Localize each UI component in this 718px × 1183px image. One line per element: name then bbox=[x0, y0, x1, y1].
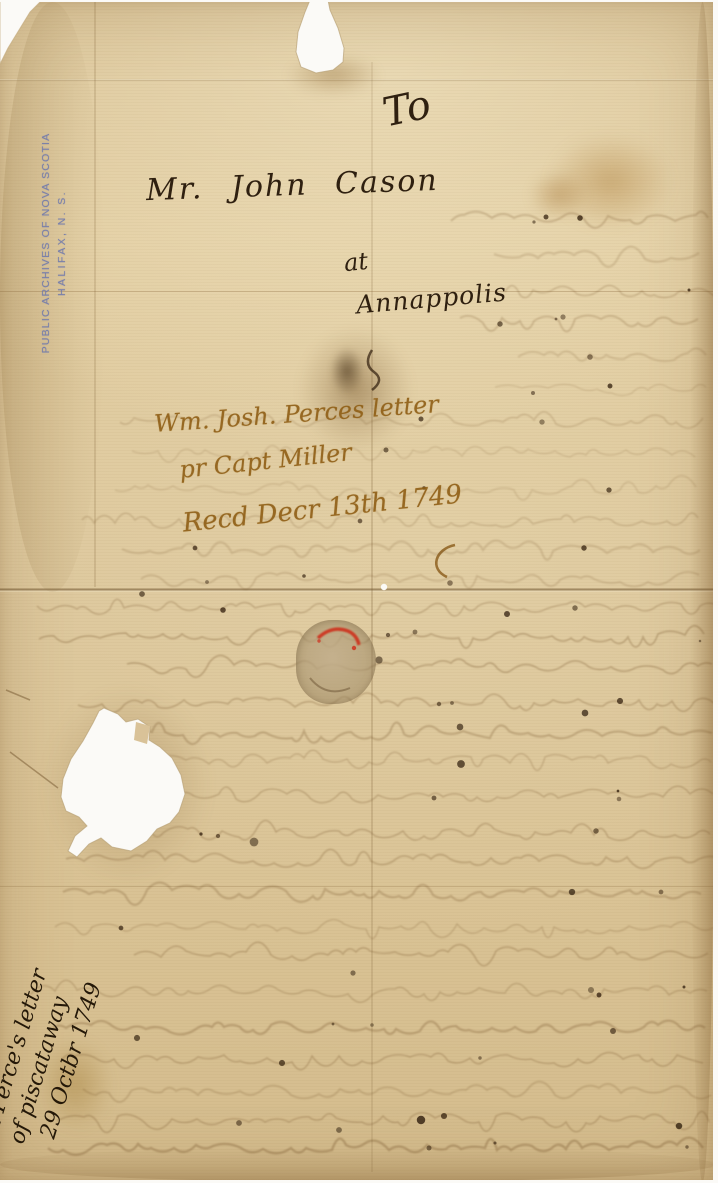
paper-damage-layer bbox=[0, 0, 718, 1183]
torn-hole-top-center bbox=[296, 0, 344, 73]
document-scan: PUBLIC ARCHIVES OF NOVA SCOTIA HALIFAX, … bbox=[0, 0, 718, 1183]
pinhole bbox=[381, 584, 387, 590]
scan-edge-top bbox=[0, 0, 718, 2]
torn-corner-top-left bbox=[0, 0, 42, 64]
torn-hole-left-middle bbox=[61, 708, 185, 857]
scan-edge-right bbox=[713, 0, 718, 1183]
